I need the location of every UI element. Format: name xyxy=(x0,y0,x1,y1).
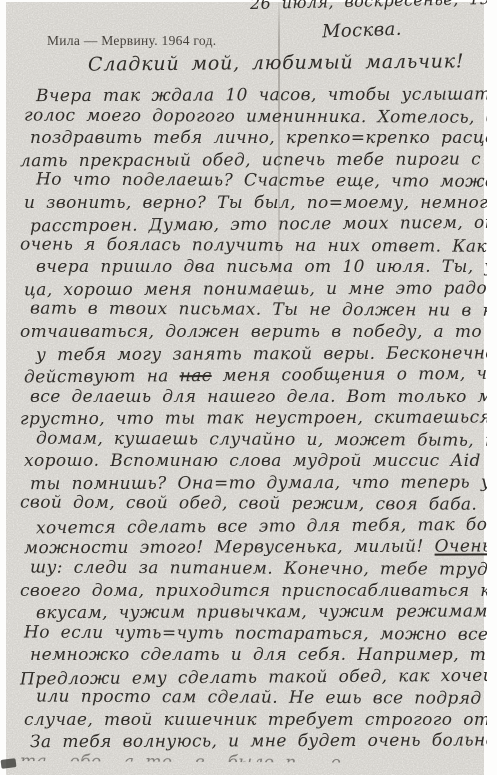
letter-line: домам, кушаешь случайно и, может быть, н… xyxy=(14,428,487,453)
salutation-line: Сладкий мой, любимый мальчик! xyxy=(88,50,464,75)
line-text: меня сообщения о том, что xyxy=(212,364,487,386)
letter-line: очень я боялась получить на них ответ. К… xyxy=(14,234,487,259)
letter-line: у тебя могу занять такой веры. Бесконечн… xyxy=(14,342,487,366)
letter-line: случае, твой кишечник требует строгого о… xyxy=(14,710,487,732)
letter-line: и звонить, верно? Ты был, по=моему, немн… xyxy=(14,193,487,215)
letter-line: хорошо. Вспоминаю слова мудрой миссис Аi… xyxy=(14,451,487,473)
letter-line: поздравить тебя лично, крепко=крепко рас… xyxy=(14,128,487,150)
underlined-word: Очень xyxy=(435,537,487,557)
letter-line: все делаешь для нашего дела. Вот только … xyxy=(14,387,487,409)
letter-line-with-strikeout: действуют на нас меня сообщения о том, ч… xyxy=(14,363,487,390)
letter-body: Вчера так ждала 10 часов, чтобы услышать… xyxy=(14,85,487,775)
letter-line: немножко сделать и для себя. Например, т… xyxy=(14,645,487,667)
letter-line: грустно, что ты так неустроен, скитаешьс… xyxy=(14,407,487,431)
letter-line: Вчера так ждала 10 часов, чтобы услышать… xyxy=(14,84,487,108)
letter-line: своего дома, приходится приспосабливатьс… xyxy=(14,581,487,603)
scanned-letter-page: 26 июля, воскресенье, 1964 г. Москва. Ми… xyxy=(0,0,497,775)
letter-line: или просто сам сделай. Не ешь все подряд… xyxy=(14,687,487,712)
letter-line: Но если чуть=чуть постараться, можно все… xyxy=(14,622,487,647)
letter-line: вчера пришло два письма от 10 июля. Ты, … xyxy=(14,257,487,279)
letter-line: вать в твоих письмах. Ты не должен ни в … xyxy=(14,299,487,324)
line-text: действуют на xyxy=(24,366,180,387)
letter-line: Но что поделаешь? Счастье еще, что можем… xyxy=(14,170,487,195)
handwritten-date: 26 июля, воскресенье, 1964 г. xyxy=(250,0,487,13)
letter-line: отчаиваться, должен верить в победу, а т… xyxy=(14,322,487,344)
letter-line: свой дом, свой обед, свой режим, своя ба… xyxy=(14,493,487,518)
letter-line: вкусам, чужим привычкам, чужим режимам xyxy=(14,601,487,625)
letter-line: За тебя волнуюсь, и мне будет очень боль… xyxy=(14,730,487,754)
line-text: можности этого! Мервусенька, милый! xyxy=(24,537,435,559)
clipped-partial-line: та ..обо ..а то ..в ..было п.. ..о .. xyxy=(14,751,487,775)
letter-line-with-underline: можности этого! Мервусенька, милый! Очен… xyxy=(14,536,487,560)
printed-caption: Мила — Мервину. 1964 год. xyxy=(47,33,216,49)
letter-line: шу: следи за питанием. Конечно, тебе тру… xyxy=(14,557,487,582)
handwritten-city: Москва. xyxy=(322,19,403,43)
letter-line: голос моего дорогого именинника. Хотелос… xyxy=(14,105,487,130)
struck-out-word: нас xyxy=(180,366,212,386)
letter-content: 26 июля, воскресенье, 1964 г. Москва. Ми… xyxy=(0,0,487,775)
